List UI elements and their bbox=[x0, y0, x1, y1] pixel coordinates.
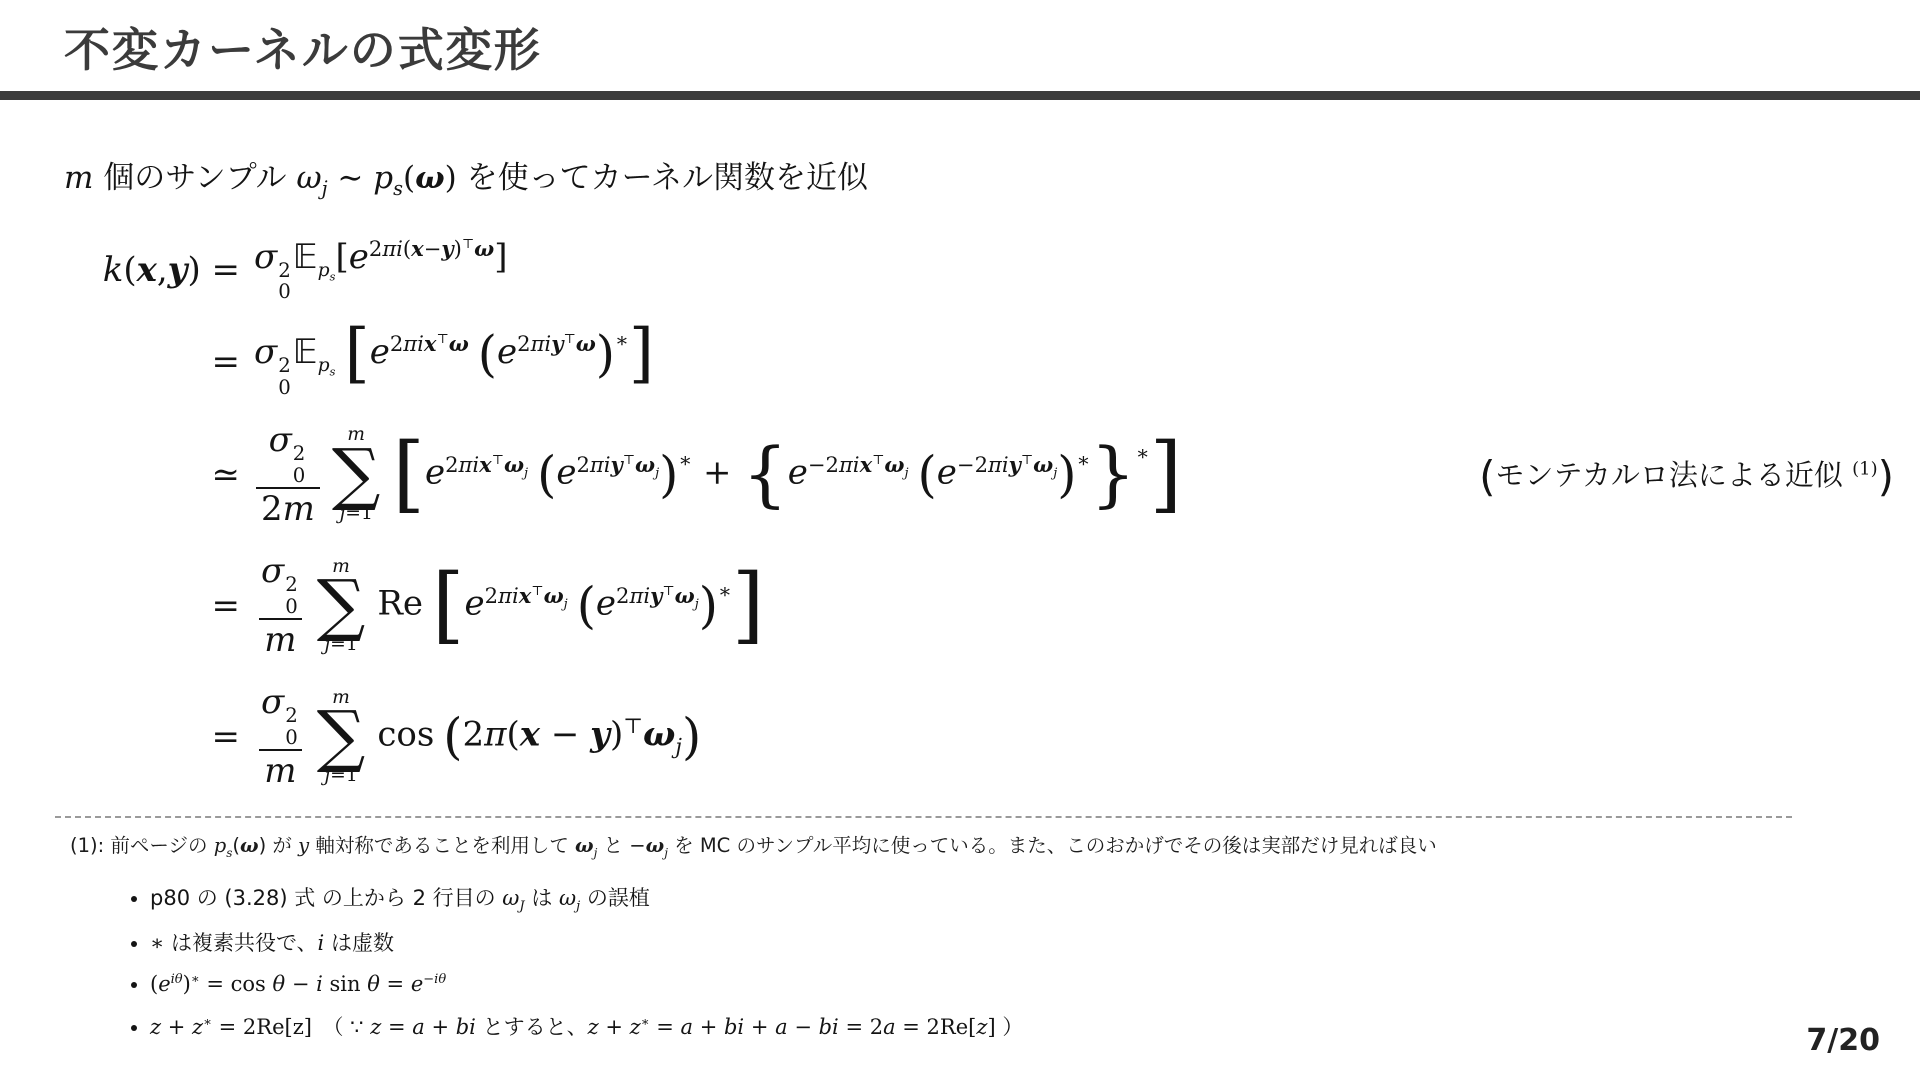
equation-lhs: = bbox=[64, 342, 254, 382]
slide-header: 不変カーネルの式変形 bbox=[0, 0, 1920, 77]
equation-lhs: = bbox=[64, 717, 254, 757]
equation-row-1: k(x, y) = σ20𝔼ps[e2πi(x−y)⊤ω] bbox=[64, 237, 1920, 303]
bullet-item-4: z + z∗ = 2Re[z] （ ∵ z = a + bi とすると、z + … bbox=[150, 1011, 1920, 1041]
equation-lhs: ≃ bbox=[64, 455, 254, 495]
footnote-1: (1): 前ページの ps(ω) が y 軸対称であることを利用して ωj と … bbox=[70, 830, 1920, 858]
title-underline-rule bbox=[0, 91, 1920, 100]
dashed-separator bbox=[55, 816, 1792, 818]
equation-rhs: σ20𝔼ps[e2πix⊤ω(e2πiy⊤ω)∗] bbox=[254, 325, 654, 398]
equation-rhs: σ20𝔼ps[e2πi(x−y)⊤ω] bbox=[254, 237, 508, 303]
bullet-item-2: ∗ は複素共役で、i は虚数 bbox=[150, 927, 1920, 957]
equation-block: k(x, y) = σ20𝔼ps[e2πi(x−y)⊤ω] = σ20𝔼ps[e… bbox=[64, 237, 1920, 792]
page-title: 不変カーネルの式変形 bbox=[64, 24, 1920, 77]
equation-rhs: σ20mm∑j=1Re[e2πix⊤ωj(e2πiy⊤ωj)∗] bbox=[254, 551, 764, 660]
page-number: 7/20 bbox=[1806, 1023, 1880, 1058]
equation-lhs: = bbox=[64, 586, 254, 626]
equation-row-5: = σ20mm∑j=1cos(2π(x − y)⊤ωj) bbox=[64, 682, 1920, 791]
intro-line: m 個のサンプル ωj ∼ ps(ω) を使ってカーネル関数を近似 bbox=[64, 152, 1920, 197]
equation-lhs: k(x, y) = bbox=[64, 250, 254, 290]
bullet-item-3: (eiθ)∗ = cos θ − i sin θ = e−iθ bbox=[150, 972, 1920, 996]
equation-row-3: ≃ σ202mm∑j=1[e2πix⊤ωj(e2πiy⊤ωj)∗ + {e−2π… bbox=[64, 420, 1920, 529]
bullet-item-1: p80 の (3.28) 式 の上から 2 行目の ωJ は ωj の誤植 bbox=[150, 882, 1920, 912]
equation-rhs: σ202mm∑j=1[e2πix⊤ωj(e2πiy⊤ωj)∗ + {e−2πix… bbox=[254, 420, 1182, 529]
equation-row-2: = σ20𝔼ps[e2πix⊤ω(e2πiy⊤ω)∗] bbox=[64, 325, 1920, 398]
equation-row-4: = σ20mm∑j=1Re[e2πix⊤ωj(e2πiy⊤ωj)∗] bbox=[64, 551, 1920, 660]
equation-rhs: σ20mm∑j=1cos(2π(x − y)⊤ωj) bbox=[254, 682, 701, 791]
notes-bullet-list: p80 の (3.28) 式 の上から 2 行目の ωJ は ωj の誤植 ∗ … bbox=[0, 882, 1920, 1041]
monte-carlo-note: (モンテカルロ法による近似 (1)) bbox=[1479, 453, 1894, 496]
